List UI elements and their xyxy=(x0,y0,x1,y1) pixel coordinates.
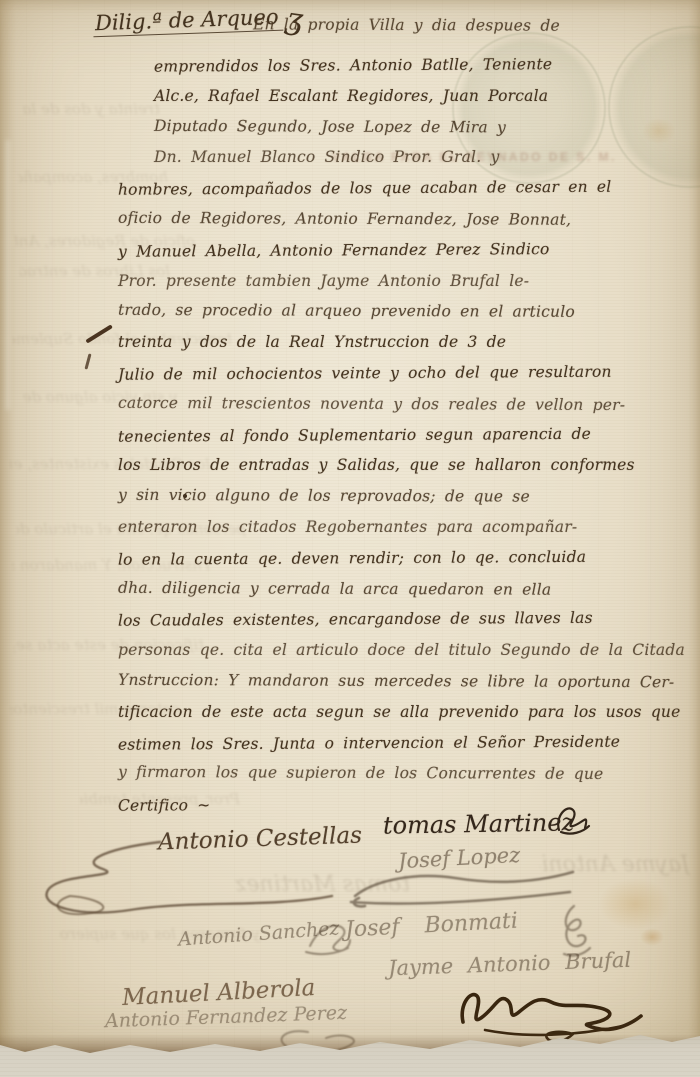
manuscript-body: emprendidos los Sres. Antonio Batlle, Te… xyxy=(118,56,670,826)
margin-pen-stroke-icon xyxy=(85,324,112,343)
manuscript-line: trado, se procedio al arqueo prevenido e… xyxy=(118,301,670,334)
signature-bonmati: Josef Bonmati xyxy=(344,908,518,942)
manuscript-line: estimen los Sres. Junta o intervencion e… xyxy=(118,732,670,766)
manuscript-line: hombres, acompañados de los que acaban d… xyxy=(118,178,670,212)
ink-bleedthrough: Jayme Antonio Brufal xyxy=(540,852,690,877)
manuscript-line: y Manuel Abella, Antonio Fernandez Perez… xyxy=(118,239,670,273)
manuscript-line: lo en la cuenta qe. deven rendir; con lo… xyxy=(118,547,670,581)
manuscript-line: tenecientes al fondo Suplementario segun… xyxy=(118,424,670,458)
manuscript-line: los Caudales existentes, encargandose de… xyxy=(118,609,670,643)
manuscript-page: VALGA PARA EL REYNADO DE S. M. treinta y… xyxy=(0,0,700,1056)
signature-martinez: tomas Martinez xyxy=(383,808,575,839)
signature-sanchez: Antonio Sanchez xyxy=(177,917,340,950)
manuscript-line: dha. diligencia y cerrada la arca quedar… xyxy=(118,578,670,611)
manuscript-line: emprendidos los Sres. Antonio Batlle, Te… xyxy=(154,54,670,88)
manuscript-line: Ynstruccion: Y mandaron sus mercedes se … xyxy=(118,671,670,704)
ink-bleedthrough: tomas Martinez xyxy=(150,872,410,897)
manuscript-line: y sin vicio alguno de los reprovados; de… xyxy=(118,486,670,519)
manuscript-line: y firmaron los que supieron de los Concu… xyxy=(118,763,670,796)
manuscript-line: Julio de mil ochocientos veinte y ocho d… xyxy=(118,362,670,396)
manuscript-line: los Libros de entradas y Salidas, que se… xyxy=(118,456,670,487)
manuscript-line: tificacion de este acta segun se alla pr… xyxy=(118,703,670,734)
paper-crease xyxy=(5,140,10,410)
manuscript-line: treinta y dos de la Real Ynstruccion de … xyxy=(118,333,670,364)
paper-stain xyxy=(598,878,672,930)
paper-stain xyxy=(640,928,664,946)
manuscript-line: catorce mil trescientos noventa y dos re… xyxy=(118,394,670,427)
manuscript-line: En la propia Villa y dia despues de xyxy=(253,15,560,34)
manuscript-line: Alc.e, Rafael Escalant Regidores, Juan P… xyxy=(154,87,670,118)
signature-lopez: Josef Lopez xyxy=(397,843,520,873)
signature-brufal: Jayme Antonio Brufal xyxy=(388,948,632,980)
manuscript-line: Pror. presente tambien Jayme Antonio Bru… xyxy=(118,272,670,303)
manuscript-line: personas qe. cita el articulo doce del t… xyxy=(118,641,670,672)
manuscript-line: oficio de Regidores, Antonio Fernandez, … xyxy=(118,209,670,242)
manuscript-line: enteraron los citados Regobernantes para… xyxy=(118,518,670,549)
margin-pen-stroke-icon xyxy=(84,353,91,369)
manuscript-line: Diputado Segundo, Jose Lopez de Mira y xyxy=(154,116,670,149)
manuscript-scan: VALGA PARA EL REYNADO DE S. M. treinta y… xyxy=(0,0,700,1077)
manuscript-line: Dn. Manuel Blanco Sindico Pror. Gral. y xyxy=(154,148,670,179)
signature-cestellas: Antonio Cestellas xyxy=(158,822,363,855)
escribano-signature-rubric-icon xyxy=(455,982,650,1046)
